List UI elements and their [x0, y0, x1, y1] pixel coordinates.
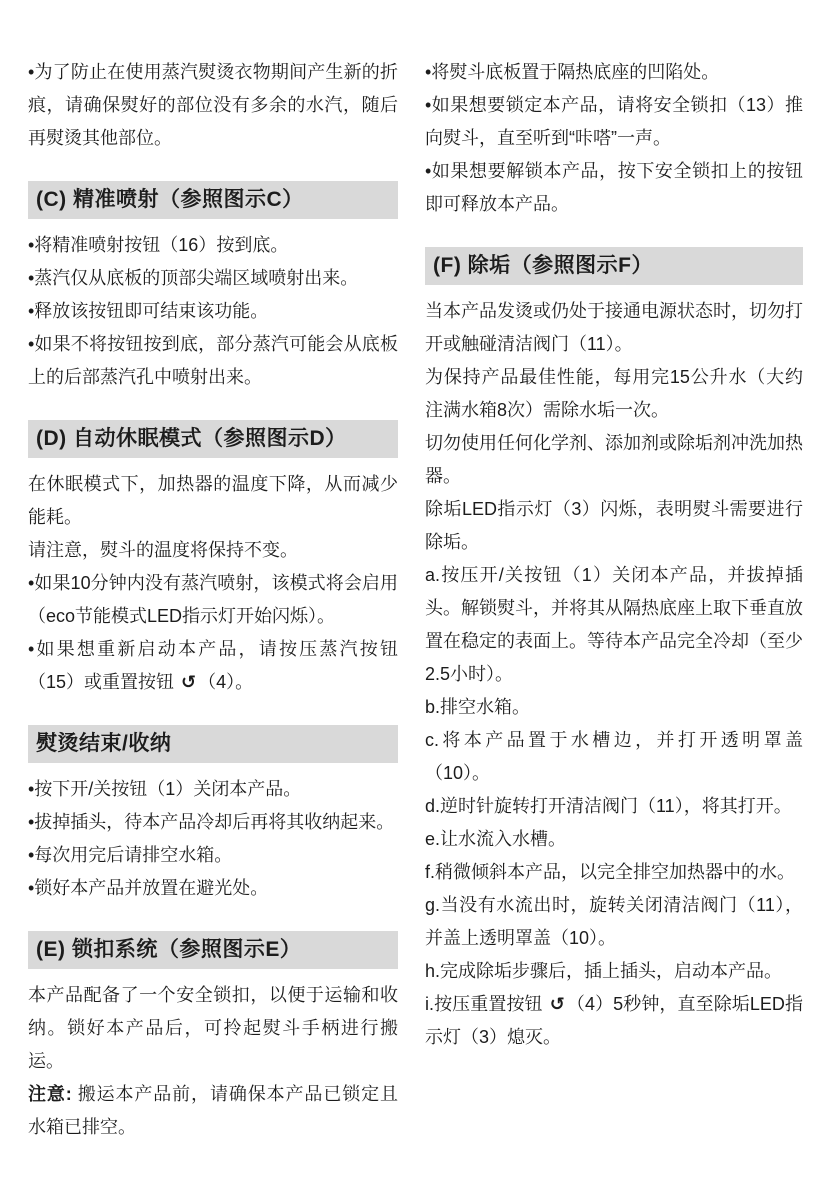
paragraph-d1: 在休眠模式下，加热器的温度下降，从而减少能耗。 — [28, 468, 398, 534]
step-i: i.按压重置按钮 ↺（4）5秒钟，直至除垢LED指示灯（3）熄灭。 — [425, 988, 803, 1054]
bullet-item-c1: •将精准喷射按钮（16）按到底。 — [28, 229, 398, 262]
section-header-d: (D) 自动休眠模式（参照图示D） — [28, 420, 398, 458]
bullet-item-s2: •拔掉插头，待本产品冷却后再将其收纳起来。 — [28, 806, 398, 839]
paragraph-f3: 切勿使用任何化学剂、添加剂或除垢剂冲洗加热器。 — [425, 427, 803, 493]
paragraph-d2: 请注意，熨斗的温度将保持不变。 — [28, 534, 398, 567]
step-i-text: i.按压重置按钮 — [425, 994, 548, 1014]
step-f: f.稍微倾斜本产品，以完全排空加热器中的水。 — [425, 856, 803, 889]
bullet-item-r1: •将熨斗底板置于隔热底座的凹陷处。 — [425, 56, 803, 89]
paragraph-f2: 为保持产品最佳性能，每用完15公升水（大约注满水箱8次）需除水垢一次。 — [425, 361, 803, 427]
bullet-item-s3: •每次用完后请排空水箱。 — [28, 839, 398, 872]
intro-paragraph: •为了防止在使用蒸汽熨烫衣物期间产生新的折痕，请确保熨好的部位没有多余的水汽，随… — [28, 56, 398, 155]
bullet-item-r3: •如果想要解锁本产品，按下安全锁扣上的按钮即可释放本产品。 — [425, 155, 803, 221]
step-b: b.排空水箱。 — [425, 691, 803, 724]
bullet-item-s1: •按下开/关按钮（1）关闭本产品。 — [28, 773, 398, 806]
bullet-item-c4: •如果不将按钮按到底，部分蒸汽可能会从底板上的后部蒸汽孔中喷射出来。 — [28, 328, 398, 394]
step-a: a.按压开/关按钮（1）关闭本产品，并拔掉插头。解锁熨斗，并将其从隔热底座上取下… — [425, 559, 803, 691]
section-header-f: (F) 除垢（参照图示F） — [425, 247, 803, 285]
bullet-item-d2: •如果想重新启动本产品，请按压蒸汽按钮（15）或重置按钮 ↺（4）。 — [28, 633, 398, 699]
bullet-item-s4: •锁好本产品并放置在避光处。 — [28, 872, 398, 905]
left-column: •为了防止在使用蒸汽熨烫衣物期间产生新的折痕，请确保熨好的部位没有多余的水汽，随… — [28, 56, 398, 1191]
step-e: e.让水流入水槽。 — [425, 823, 803, 856]
step-h: h.完成除垢步骤后，插上插头，启动本产品。 — [425, 955, 803, 988]
step-d: d.逆时针旋转打开清洁阀门（11），将其打开。 — [425, 790, 803, 823]
bullet-item-c2: •蒸汽仅从底板的顶部尖端区域喷射出来。 — [28, 262, 398, 295]
section-header-c: (C) 精准喷射（参照图示C） — [28, 181, 398, 219]
paragraph-f4: 除垢LED指示灯（3）闪烁，表明熨斗需要进行除垢。 — [425, 493, 803, 559]
step-g: g.当没有水流出时，旋转关闭清洁阀门（11），并盖上透明罩盖（10）。 — [425, 889, 803, 955]
note-label: 注意: — [28, 1084, 72, 1104]
bullet-item-r2: •如果想要锁定本产品，请将安全锁扣（13）推向熨斗，直至听到“咔嗒”一声。 — [425, 89, 803, 155]
bullet-item-c3: •释放该按钮即可结束该功能。 — [28, 295, 398, 328]
note-text: 搬运本产品前，请确保本产品已锁定且水箱已排空。 — [28, 1084, 398, 1137]
section-header-storage: 熨烫结束/收纳 — [28, 725, 398, 763]
bullet-item-d1: •如果10分钟内没有蒸汽喷射，该模式将会启用（eco节能模式LED指示灯开始闪烁… — [28, 567, 398, 633]
paragraph-e1: 本产品配备了一个安全锁扣，以便于运输和收纳。锁好本产品后，可拎起熨斗手柄进行搬运… — [28, 979, 398, 1078]
paragraph-e-note: 注意: 搬运本产品前，请确保本产品已锁定且水箱已排空。 — [28, 1078, 398, 1144]
right-column: •将熨斗底板置于隔热底座的凹陷处。 •如果想要锁定本产品，请将安全锁扣（13）推… — [425, 56, 803, 1191]
manual-page: •为了防止在使用蒸汽熨烫衣物期间产生新的折痕，请确保熨好的部位没有多余的水汽，随… — [0, 0, 817, 1191]
step-c: c.将本产品置于水槽边，并打开透明罩盖（10）。 — [425, 724, 803, 790]
section-header-e: (E) 锁扣系统（参照图示E） — [28, 931, 398, 969]
reset-icon: ↺ — [548, 994, 567, 1014]
bullet-item-d2-tail: （4）。 — [198, 672, 253, 692]
reset-icon: ↺ — [179, 672, 198, 692]
paragraph-f1: 当本产品发烫或仍处于接通电源状态时，切勿打开或触碰清洁阀门（11）。 — [425, 295, 803, 361]
